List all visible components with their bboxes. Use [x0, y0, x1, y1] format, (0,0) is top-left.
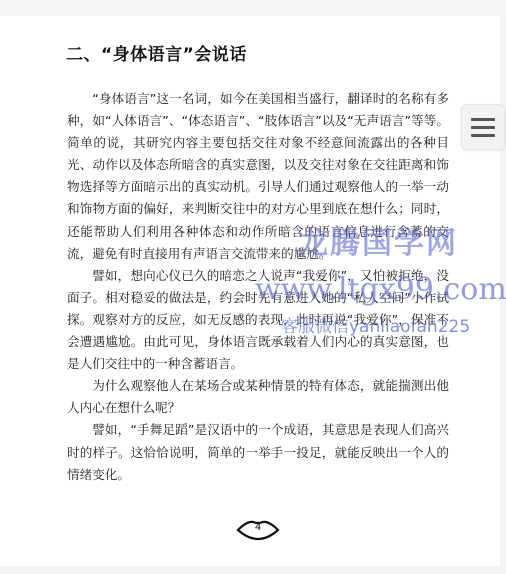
- paragraph-3: 为什么观察他人在某场合或某种情景的特有体态，就能揣测出他人内心在想什么呢？: [67, 375, 449, 419]
- page-number-badge: 4: [235, 518, 281, 542]
- page-number: 4: [235, 522, 281, 533]
- top-bar-background: [0, 0, 506, 16]
- hamburger-menu-icon-bar: [471, 126, 495, 129]
- paragraph-4: 譬如，“手舞足蹈”是汉语中的一个成语，其意思是表现人们高兴时的样子。这恰恰说明，…: [67, 419, 449, 485]
- menu-button[interactable]: [461, 104, 505, 150]
- hamburger-menu-icon-bar: [471, 118, 495, 121]
- paragraph-2: 譬如，想向心仪已久的暗恋之人说声“我爱你”，又怕被拒绝，没面子。相对稳妥的做法是…: [67, 265, 449, 375]
- section-title: 二、“身体语言”会说话: [66, 40, 247, 65]
- paragraph-1: “身体语言”这一名词，如今在美国相当盛行，翻译时的名称有多种，如“人体语言”、“…: [67, 88, 449, 265]
- document-body: “身体语言”这一名词，如今在美国相当盛行，翻译时的名称有多种，如“人体语言”、“…: [67, 88, 449, 486]
- hamburger-menu-icon-bar: [471, 134, 495, 137]
